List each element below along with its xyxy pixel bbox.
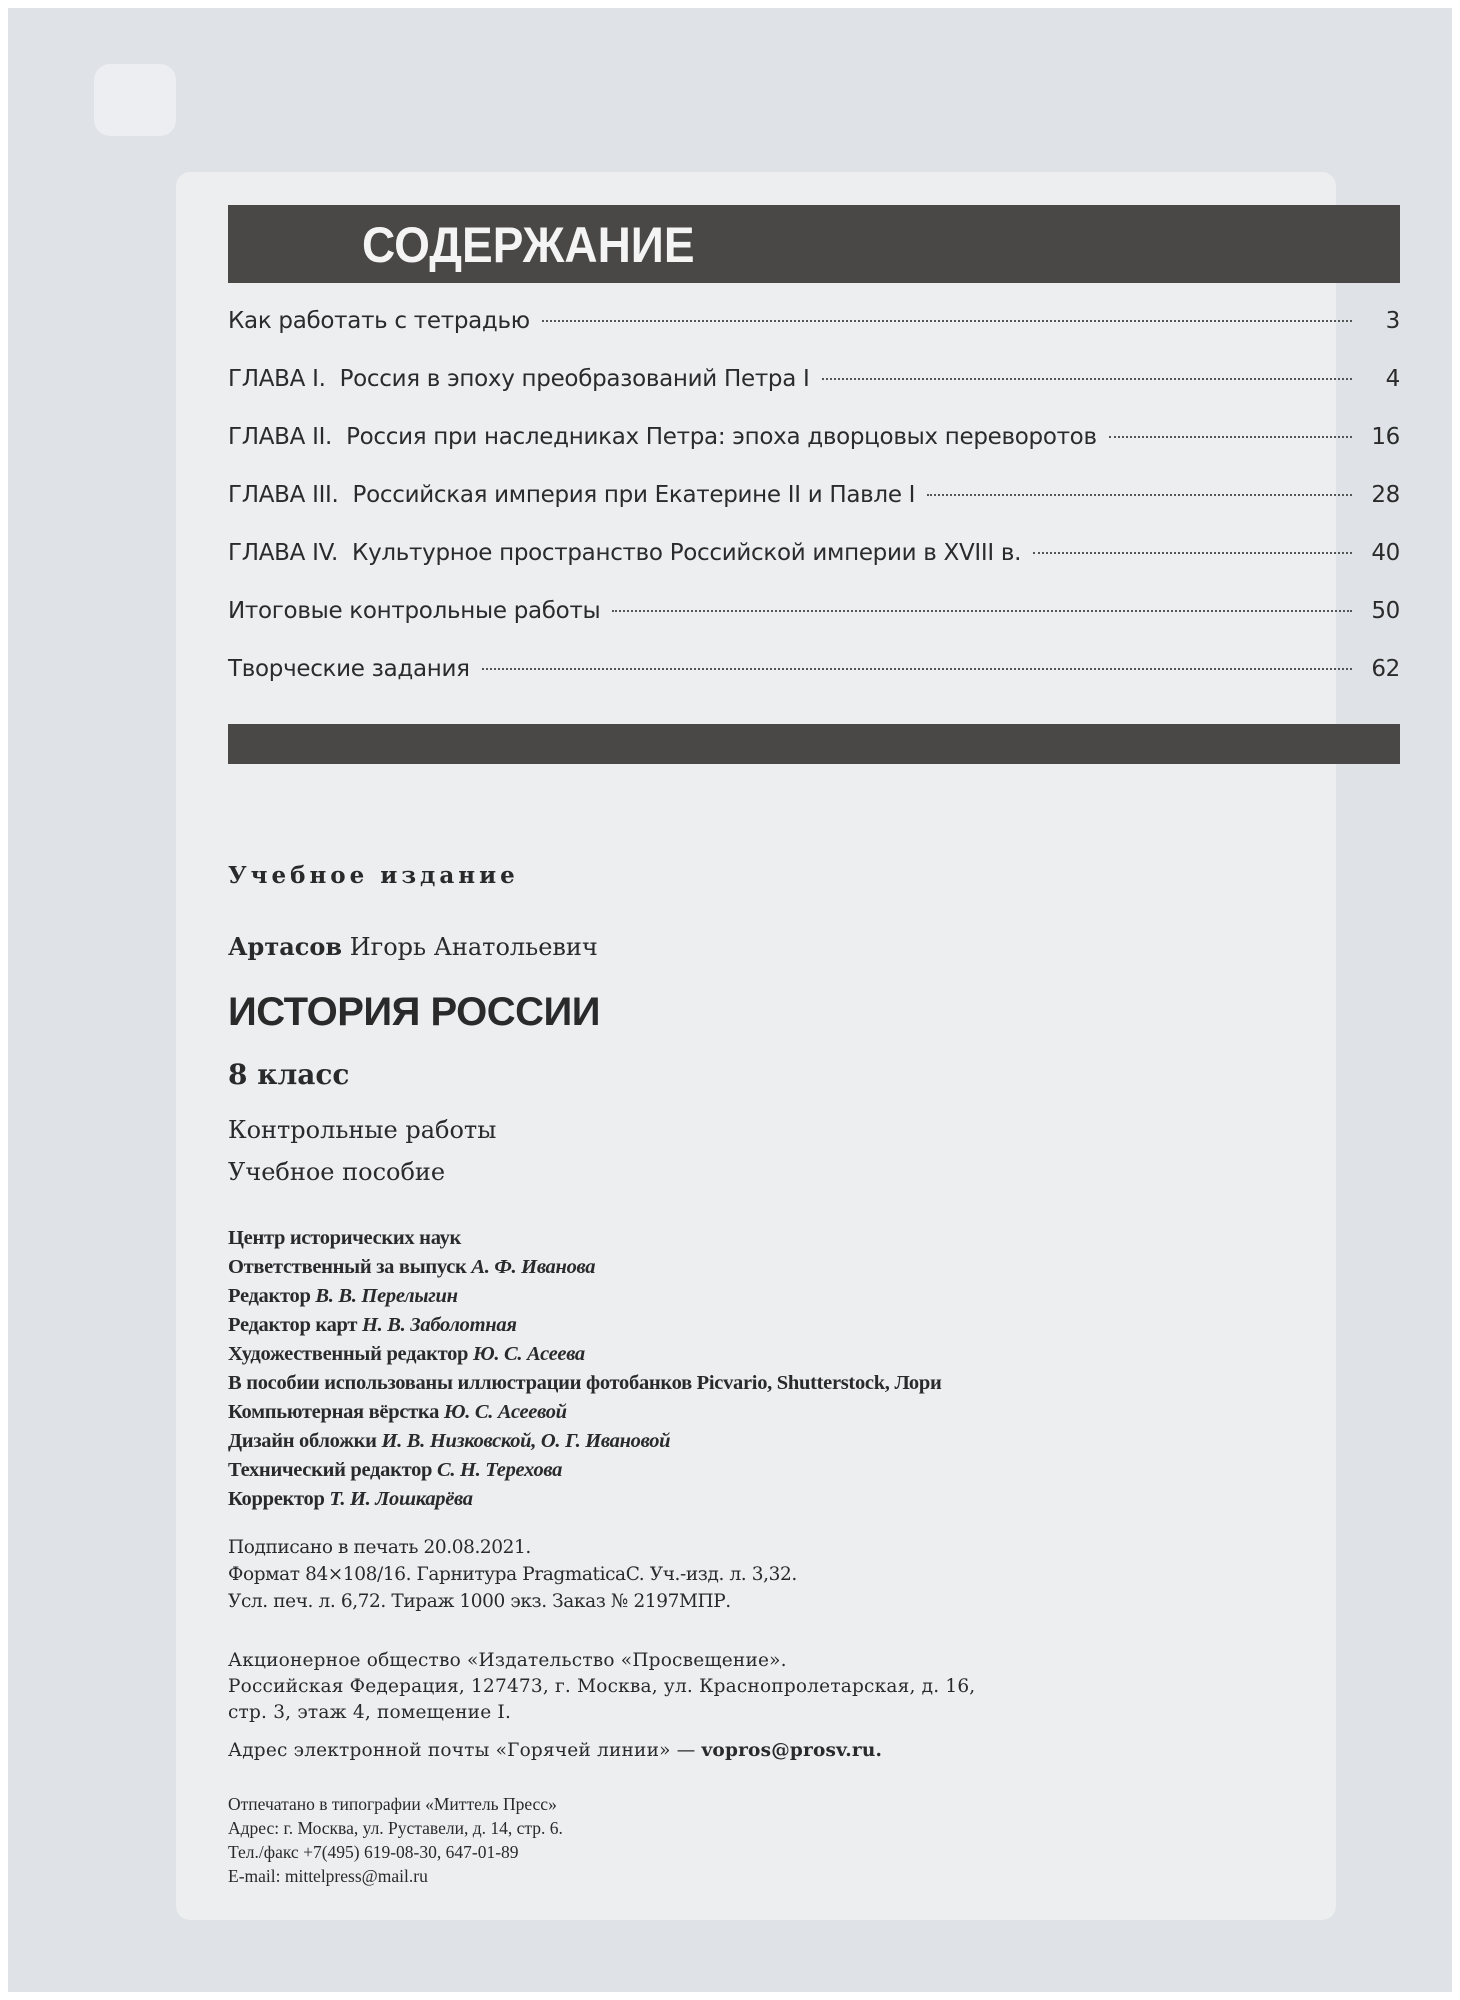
credit-name: А. Ф. Иванова — [471, 1256, 595, 1278]
credit-line: Корректор Т. И. Лошкарёва — [228, 1485, 941, 1514]
credit-role: Компьютерная вёрстка — [228, 1401, 444, 1423]
toc-entry[interactable]: ГЛАВА IV. Культурное пространство Россий… — [228, 528, 1400, 586]
page-number-badge — [94, 64, 176, 136]
toc-entry-title: Российская империя при Екатерине II и Па… — [353, 470, 916, 520]
toc-entry-chapter: ГЛАВА III. — [228, 470, 339, 520]
credit-line: Дизайн обложки И. В. Низковской, О. Г. И… — [228, 1427, 941, 1456]
printer-email[interactable]: E-mail: mittelpress@mail.ru — [228, 1864, 563, 1888]
print-detail-line: Усл. печ. л. 6,72. Тираж 1000 экз. Заказ… — [228, 1588, 797, 1615]
toc-entry-page: 16 — [1364, 412, 1400, 462]
toc-leader-dots — [542, 320, 1352, 322]
printer-line: Тел./факс +7(495) 619-08-30, 647-01-89 — [228, 1840, 563, 1864]
credit-name: Ю. С. Асеева — [473, 1343, 585, 1365]
toc-entry[interactable]: Творческие задания 62 — [228, 644, 1400, 702]
publisher-line: Российская Федерация, 127473, г. Москва,… — [228, 1674, 975, 1700]
author-given-name: Игорь Анатольевич — [350, 933, 598, 961]
credit-role: Редактор карт — [228, 1314, 362, 1336]
credit-role: Дизайн обложки — [228, 1430, 382, 1452]
toc-entry-chapter: ГЛАВА IV. — [228, 528, 338, 578]
credit-role: В пособии использованы иллюстрации фотоб… — [228, 1372, 941, 1394]
printer-info: Отпечатано в типографии «Миттель Пресс» … — [228, 1792, 563, 1888]
book-subtitle: Контрольные работы — [228, 1116, 496, 1144]
hotline-info: Адрес электронной почты «Горячей линии» … — [228, 1740, 882, 1761]
printer-line: Отпечатано в типографии «Миттель Пресс» — [228, 1792, 563, 1816]
toc-entry-chapter: ГЛАВА I. — [228, 354, 326, 404]
toc-entry-title: Творческие задания — [228, 644, 470, 694]
toc-leader-dots — [1109, 436, 1352, 438]
credit-name: И. В. Низковской, О. Г. Ивановой — [382, 1430, 671, 1452]
credit-role: Корректор — [228, 1488, 329, 1510]
author-surname: Артасов — [228, 932, 342, 961]
grade-level: 8 класс — [228, 1058, 349, 1091]
book-type: Учебное пособие — [228, 1158, 445, 1186]
toc-entry-title: Россия при наследниках Петра: эпоха двор… — [346, 412, 1097, 462]
toc-entry[interactable]: Итоговые контрольные работы 50 — [228, 586, 1400, 644]
credit-role: Технический редактор — [228, 1459, 437, 1481]
credit-line: Компьютерная вёрстка Ю. С. Асеевой — [228, 1398, 941, 1427]
toc-entry-page: 50 — [1364, 586, 1400, 636]
print-detail-line: Формат 84×108/16. Гарнитура PragmaticaC.… — [228, 1561, 797, 1588]
toc-leader-dots — [927, 494, 1352, 496]
toc-entry[interactable]: Как работать с тетрадью 3 — [228, 296, 1400, 354]
credit-line: Технический редактор С. Н. Терехова — [228, 1456, 941, 1485]
toc-entry-page: 62 — [1364, 644, 1400, 694]
toc-entry-title: Итоговые контрольные работы — [228, 586, 600, 636]
hotline-email[interactable]: vopros@prosv.ru. — [701, 1740, 882, 1761]
table-of-contents: Как работать с тетрадью 3 ГЛАВА I. Росси… — [228, 296, 1400, 702]
credit-line: Редактор карт Н. В. Заболотная — [228, 1311, 941, 1340]
print-detail-line: Подписано в печать 20.08.2021. — [228, 1534, 797, 1561]
hotline-label: Адрес электронной почты «Горячей линии» … — [228, 1740, 701, 1761]
toc-entry-title: Россия в эпоху преобразований Петра I — [340, 354, 810, 404]
toc-entry-page: 4 — [1364, 354, 1400, 404]
credit-line: Редактор В. В. Перелыгин — [228, 1282, 941, 1311]
toc-entry-title: Как работать с тетрадью — [228, 296, 530, 346]
credit-name: Н. В. Заболотная — [362, 1314, 517, 1336]
credits-list: Центр исторических наук Ответственный за… — [228, 1224, 941, 1514]
toc-entry[interactable]: ГЛАВА III. Российская империя при Екатер… — [228, 470, 1400, 528]
credit-line: Центр исторических наук — [228, 1224, 941, 1253]
credit-name: Т. И. Лошкарёва — [329, 1488, 472, 1510]
print-details: Подписано в печать 20.08.2021. Формат 84… — [228, 1534, 797, 1615]
contents-footer-bar — [228, 724, 1400, 764]
author: Артасов Игорь Анатольевич — [228, 932, 598, 961]
credit-role: Художественный редактор — [228, 1343, 473, 1365]
toc-leader-dots — [1033, 552, 1352, 554]
publisher-line: Акционерное общество «Издательство «Прос… — [228, 1648, 975, 1674]
credit-role: Редактор — [228, 1285, 315, 1307]
book-title: ИСТОРИЯ РОССИИ — [228, 990, 600, 1035]
printer-line: Адрес: г. Москва, ул. Руставели, д. 14, … — [228, 1816, 563, 1840]
toc-leader-dots — [482, 668, 1352, 670]
credit-line: В пособии использованы иллюстрации фотоб… — [228, 1369, 941, 1398]
toc-entry-page: 40 — [1364, 528, 1400, 578]
credit-name: С. Н. Терехова — [437, 1459, 562, 1481]
toc-entry-page: 28 — [1364, 470, 1400, 520]
credit-role: Центр исторических наук — [228, 1227, 461, 1249]
credit-name: В. В. Перелыгин — [315, 1285, 457, 1307]
toc-entry[interactable]: ГЛАВА I. Россия в эпоху преобразований П… — [228, 354, 1400, 412]
toc-entry[interactable]: ГЛАВА II. Россия при наследниках Петра: … — [228, 412, 1400, 470]
credit-role: Ответственный за выпуск — [228, 1256, 471, 1278]
publisher-info: Акционерное общество «Издательство «Прос… — [228, 1648, 975, 1726]
credit-line: Художественный редактор Ю. С. Асеева — [228, 1340, 941, 1369]
toc-entry-page: 3 — [1364, 296, 1400, 346]
contents-heading: СОДЕРЖАНИЕ — [362, 210, 695, 280]
edition-type: Учебное издание — [228, 862, 519, 889]
toc-entry-chapter: ГЛАВА II. — [228, 412, 332, 462]
publisher-line: стр. 3, этаж 4, помещение I. — [228, 1700, 975, 1726]
credit-line: Ответственный за выпуск А. Ф. Иванова — [228, 1253, 941, 1282]
toc-entry-title: Культурное пространство Российской импер… — [352, 528, 1021, 578]
toc-leader-dots — [822, 378, 1352, 380]
toc-leader-dots — [612, 610, 1352, 612]
credit-name: Ю. С. Асеевой — [444, 1401, 567, 1423]
